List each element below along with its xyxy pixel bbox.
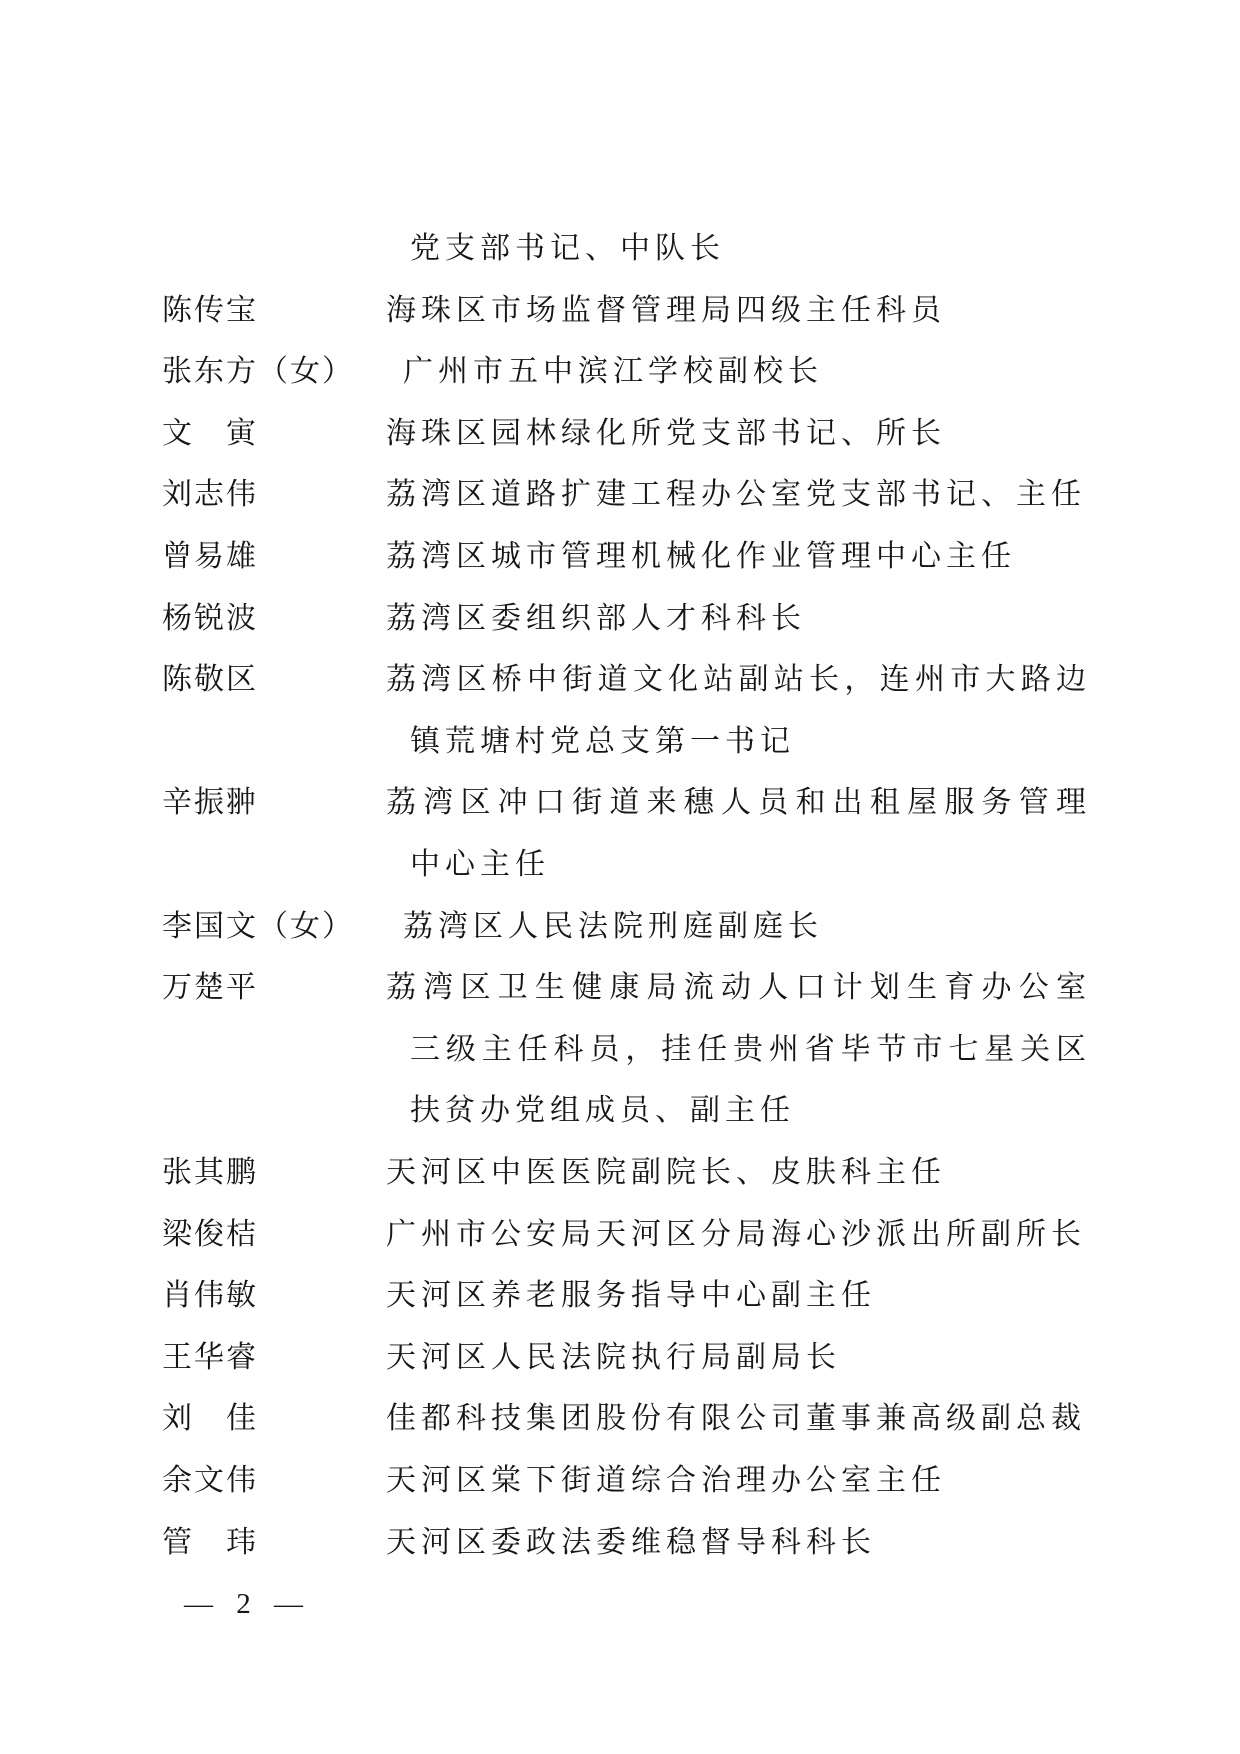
entry-description-line: 天河区养老服务指导中心副主任 — [386, 1278, 876, 1314]
entry-description-line: 天河区中医医院副院长、皮肤科主任 — [386, 1155, 946, 1191]
entry-name: 刘志伟 — [162, 477, 258, 513]
entry-description-line: 荔湾区桥中街道文化站副站长，连州市大路边 — [386, 662, 1086, 698]
entry-name: 辛振翀 — [162, 785, 258, 821]
entry-name: 陈传宝 — [162, 293, 258, 329]
entry-description-line: 海珠区园林绿化所党支部书记、所长 — [386, 416, 946, 452]
entry-name: 管 玮 — [162, 1525, 258, 1561]
entry-description-line: 天河区人民法院执行局副局长 — [386, 1340, 841, 1376]
entry-name: 张其鹏 — [162, 1155, 258, 1191]
entry-name: 张东方（女） — [162, 354, 354, 390]
entry-name: 王华睿 — [162, 1340, 258, 1376]
page-number: — 2 — — [184, 1588, 311, 1620]
entry-name: 梁俊桔 — [162, 1217, 258, 1253]
entry-name: 杨锐波 — [162, 601, 258, 637]
entry-description-line: 中心主任 — [410, 847, 550, 883]
entry-description-line: 荔湾区道路扩建工程办公室党支部书记、主任 — [386, 477, 1086, 513]
entry-name: 曾易雄 — [162, 539, 258, 575]
entry-description-line: 荔湾区城市管理机械化作业管理中心主任 — [386, 539, 1016, 575]
entry-description-line: 扶贫办党组成员、副主任 — [410, 1093, 795, 1129]
entry-description-line: 荔湾区委组织部人才科科长 — [386, 601, 806, 637]
entry-description-line: 天河区委政法委维稳督导科科长 — [386, 1525, 876, 1561]
entry-description-line: 荔湾区冲口街道来穗人员和出租屋服务管理 — [386, 785, 1086, 821]
entry-description-line: 广州市公安局天河区分局海心沙派出所副所长 — [386, 1217, 1086, 1253]
entry-name: 万楚平 — [162, 970, 258, 1006]
entry-description-line: 佳都科技集团股份有限公司董事兼高级副总裁 — [386, 1401, 1086, 1437]
entry-name: 陈敬区 — [162, 662, 258, 698]
entry-name: 肖伟敏 — [162, 1278, 258, 1314]
entry-description-line: 广州市五中滨江学校副校长 — [403, 354, 823, 390]
entry-description-line: 三级主任科员，挂任贵州省毕节市七星关区 — [410, 1032, 1086, 1068]
entry-name: 刘 佳 — [162, 1401, 258, 1437]
document-page: 党支部书记、中队长陈传宝海珠区市场监督管理局四级主任科员张东方（女）广州市五中滨… — [0, 0, 1240, 1754]
page-footer: — 2 — — [184, 1586, 311, 1622]
entry-description-line: 镇荒塘村党总支第一书记 — [410, 724, 795, 760]
entry-name: 李国文（女） — [162, 909, 354, 945]
entry-description-line: 荔湾区卫生健康局流动人口计划生育办公室 — [386, 970, 1086, 1006]
entry-description-line: 荔湾区人民法院刑庭副庭长 — [403, 909, 823, 945]
entry-description-line: 海珠区市场监督管理局四级主任科员 — [386, 293, 946, 329]
entry-name: 余文伟 — [162, 1463, 258, 1499]
entry-description-line: 天河区棠下街道综合治理办公室主任 — [386, 1463, 946, 1499]
entry-name: 文 寅 — [162, 416, 258, 452]
entry-description-line: 党支部书记、中队长 — [410, 231, 725, 267]
